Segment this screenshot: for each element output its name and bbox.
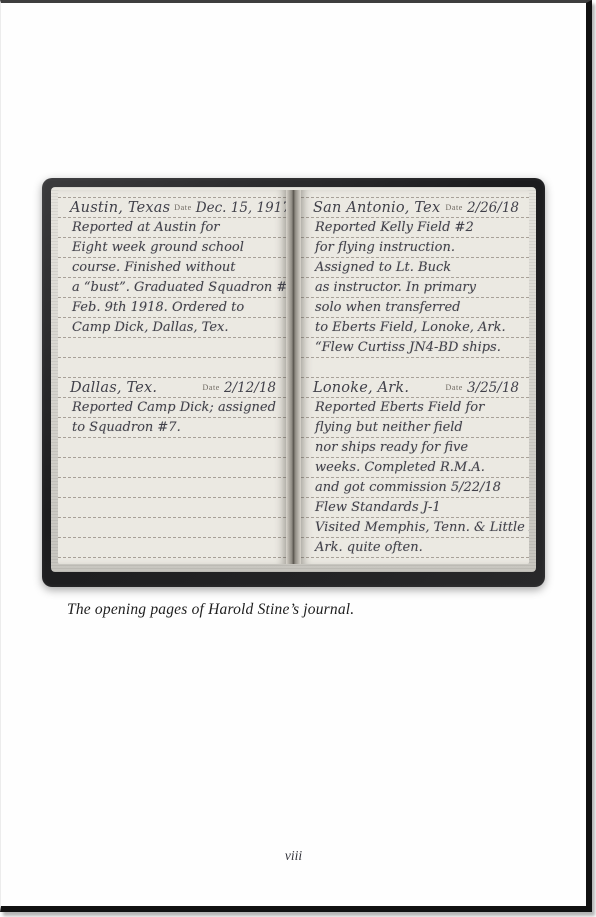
entry-location: Austin, Texas bbox=[70, 198, 170, 218]
entry-line: flying but neither field bbox=[313, 418, 519, 438]
date-printed-label: Date bbox=[198, 378, 224, 398]
page-number: viii bbox=[285, 848, 302, 864]
entry-date: 2/26/18 bbox=[467, 198, 519, 218]
entry-line: Reported Eberts Field for bbox=[313, 398, 519, 418]
entry-line: Feb. 9th 1918. Ordered to bbox=[70, 298, 276, 318]
entry-line: Camp Dick, Dallas, Tex. bbox=[70, 318, 276, 338]
date-printed-label: Date bbox=[170, 198, 196, 218]
entry-line: Reported Camp Dick; assigned bbox=[70, 398, 276, 418]
entry-lines: Reported Camp Dick; assignedto Squadron … bbox=[70, 398, 276, 438]
entry-location: Dallas, Tex. bbox=[70, 378, 157, 398]
journal-entry: San Antonio, Tex Date 2/26/18 Reported K… bbox=[313, 198, 519, 358]
entry-line: Reported at Austin for bbox=[70, 218, 276, 238]
entry-date: 3/25/18 bbox=[467, 378, 519, 398]
book-gutter bbox=[286, 190, 301, 564]
journal-photo: Austin, Texas Date Dec. 15, 1917. Report… bbox=[42, 178, 545, 587]
figure-caption: The opening pages of Harold Stine’s jour… bbox=[67, 601, 354, 619]
entry-line: nor ships ready for five bbox=[313, 438, 519, 458]
journal-left-page: Austin, Texas Date Dec. 15, 1917. Report… bbox=[58, 190, 286, 564]
journal-entry: Lonoke, Ark. Date 3/25/18 Reported Ebert… bbox=[313, 378, 519, 558]
entry-line: Assigned to Lt. Buck bbox=[313, 258, 519, 278]
date-printed-label: Date bbox=[441, 198, 467, 218]
journal-right-page: San Antonio, Tex Date 2/26/18 Reported K… bbox=[301, 190, 529, 564]
entry-line: to Squadron #7. bbox=[70, 418, 276, 438]
entry-line: Flew Standards J-1 bbox=[313, 498, 519, 518]
entry-line: and got commission 5/22/18 bbox=[313, 478, 519, 498]
entry-line: for flying instruction. bbox=[313, 238, 519, 258]
entry-lines: Reported Kelly Field #2for flying instru… bbox=[313, 218, 519, 358]
entry-location: Lonoke, Ark. bbox=[313, 378, 409, 398]
entry-line: solo when transferred bbox=[313, 298, 519, 318]
entry-header: Austin, Texas Date Dec. 15, 1917. bbox=[70, 198, 276, 218]
entry-date: Dec. 15, 1917. bbox=[196, 198, 286, 218]
entry-line: weeks. Completed R.M.A. bbox=[313, 458, 519, 478]
entry-date: 2/12/18 bbox=[224, 378, 276, 398]
page-stack-edges: Austin, Texas Date Dec. 15, 1917. Report… bbox=[51, 187, 536, 572]
entry-header: San Antonio, Tex Date 2/26/18 bbox=[313, 198, 519, 218]
entry-line: Eight week ground school bbox=[70, 238, 276, 258]
journal-spread: Austin, Texas Date Dec. 15, 1917. Report… bbox=[58, 190, 529, 564]
entry-header: Lonoke, Ark. Date 3/25/18 bbox=[313, 378, 519, 398]
entry-line: “Flew Curtiss JN4-BD ships. bbox=[313, 338, 519, 358]
entry-line: course. Finished without bbox=[70, 258, 276, 278]
entry-header: Dallas, Tex. Date 2/12/18 bbox=[70, 378, 276, 398]
entry-line: as instructor. In primary bbox=[313, 278, 519, 298]
entry-lines: Reported at Austin forEight week ground … bbox=[70, 218, 276, 338]
book-page-scan: Austin, Texas Date Dec. 15, 1917. Report… bbox=[0, 0, 592, 912]
journal-entry: Dallas, Tex. Date 2/12/18 Reported Camp … bbox=[70, 378, 276, 438]
journal-entry: Austin, Texas Date Dec. 15, 1917. Report… bbox=[70, 198, 276, 338]
date-printed-label: Date bbox=[441, 378, 467, 398]
entry-line: to Eberts Field, Lonoke, Ark. bbox=[313, 318, 519, 338]
entry-line: a “bust”. Graduated Squadron #31 bbox=[70, 278, 276, 298]
entry-line: Ark. quite often. bbox=[313, 538, 519, 558]
entry-line: Reported Kelly Field #2 bbox=[313, 218, 519, 238]
entry-line: Visited Memphis, Tenn. & Little Rock, bbox=[313, 518, 519, 538]
entry-location: San Antonio, Tex bbox=[313, 198, 440, 218]
entry-lines: Reported Eberts Field forflying but neit… bbox=[313, 398, 519, 558]
